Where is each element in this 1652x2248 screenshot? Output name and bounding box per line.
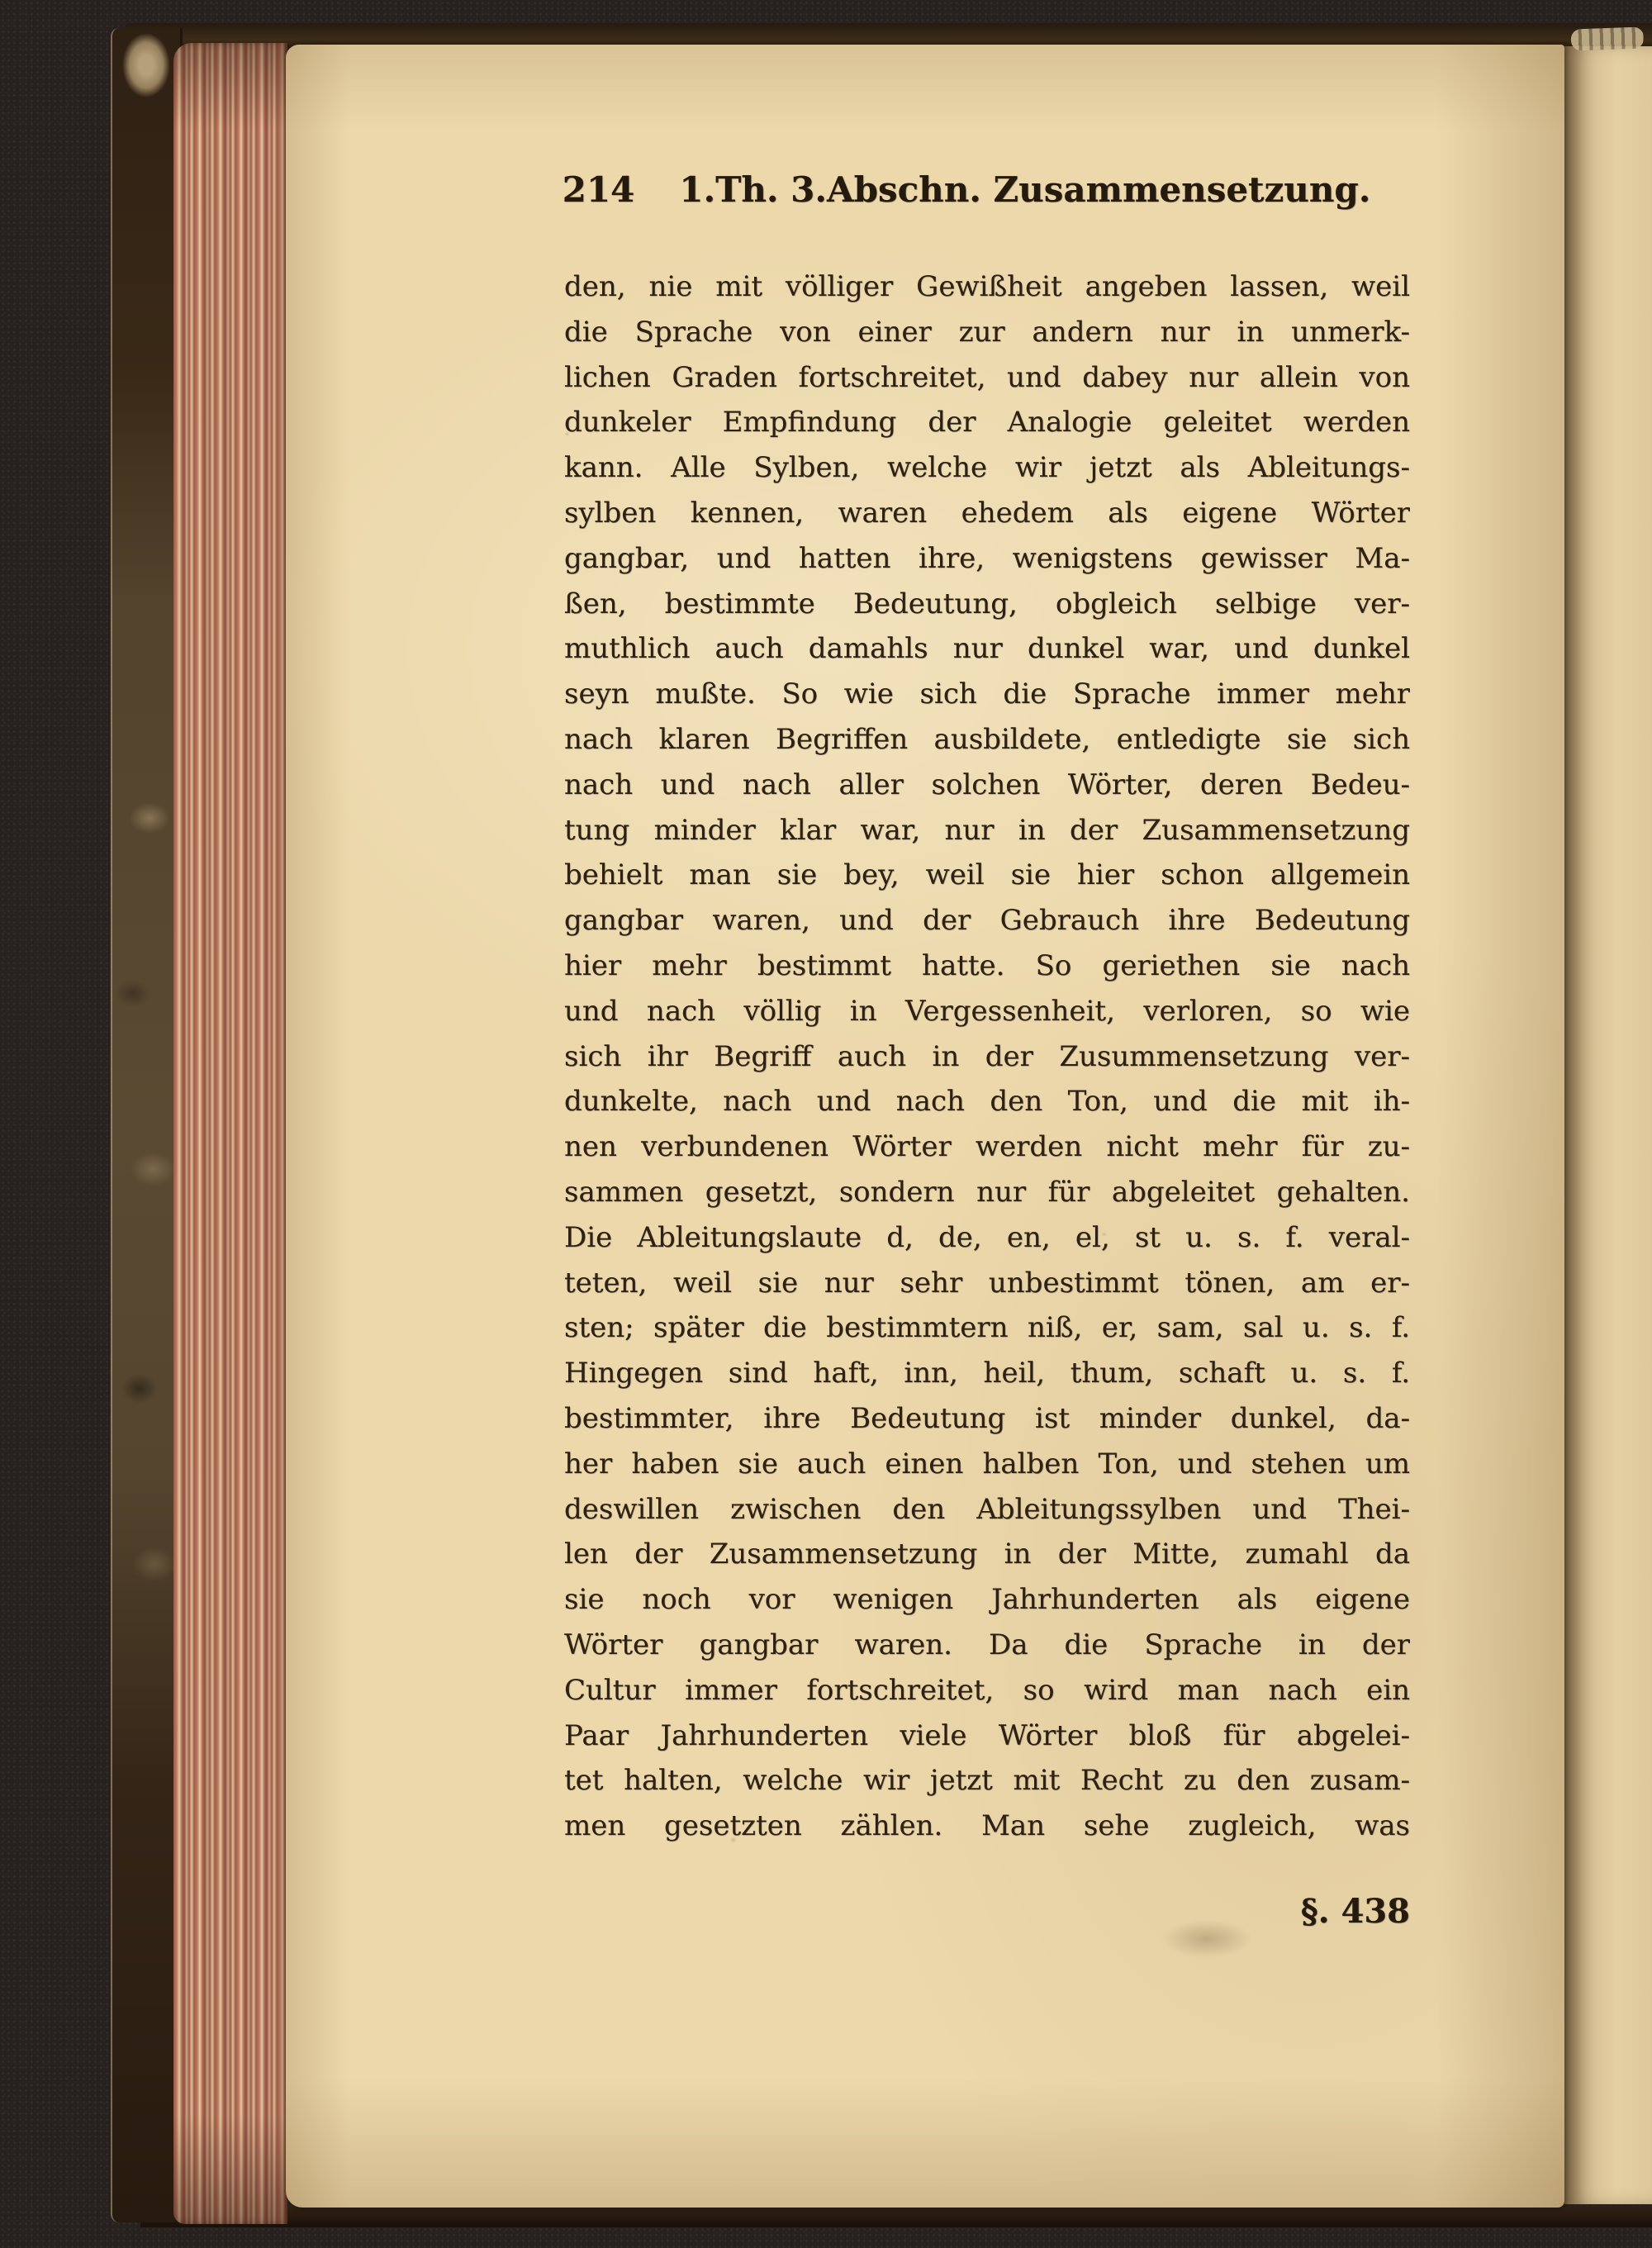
text-line: tet halten, welche wir jetzt mit Recht z…: [564, 1758, 1410, 1804]
text-line: deswillen zwischen den Ableitungssylben …: [564, 1487, 1410, 1533]
ink-smudge: [1161, 1920, 1252, 1958]
text-line: hier mehr bestimmt hatte. So geriethen s…: [564, 943, 1410, 989]
section-reference: §. 438: [564, 1892, 1410, 1931]
text-line: die Sprache von einer zur andern nur in …: [564, 310, 1410, 355]
marbled-cover-board: [111, 28, 183, 2222]
text-line: muthlich auch damahls nur dunkel war, un…: [564, 626, 1410, 672]
text-line: her haben sie auch einen halben Ton, und…: [564, 1442, 1410, 1487]
text-line: sylben kennen, waren ehedem als eigene W…: [564, 491, 1410, 536]
text-line: len der Zusammensetzung in der Mitte, zu…: [564, 1532, 1410, 1577]
text-line: bestimmter, ihre Bedeutung ist minder du…: [564, 1396, 1410, 1442]
text-line: den, nie mit völliger Gewißheit angeben …: [564, 264, 1410, 310]
headband-threads: [1571, 26, 1645, 50]
text-line: sten; später die bestimmtern niß, er, sa…: [564, 1305, 1410, 1351]
text-line: seyn mußte. So wie sich die Sprache imme…: [564, 672, 1410, 717]
text-line: nen verbundenen Wörter werden nicht mehr…: [564, 1124, 1410, 1170]
text-line: ßen, bestimmte Bedeutung, obgleich selbi…: [564, 582, 1410, 627]
text-line: sie noch vor wenigen Jahrhunderten als e…: [564, 1577, 1410, 1623]
text-line: gangbar waren, und der Gebrauch ihre Bed…: [564, 898, 1410, 943]
text-line: men gesetzten zählen. Man sehe zugleich,…: [564, 1804, 1410, 1849]
text-line: kann. Alle Sylben, welche wir jetzt als …: [564, 445, 1410, 491]
text-line: lichen Graden fortschreitet, und dabey n…: [564, 355, 1410, 401]
text-line: dunkeler Empfindung der Analogie geleite…: [564, 400, 1410, 445]
page-number: 214: [563, 169, 635, 210]
section-title: 1.Th. 3.Abschn. Zusammensetzung.: [679, 169, 1370, 210]
facing-page-edge: [1564, 46, 1652, 2204]
text-line: dunkelte, nach und nach den Ton, und die…: [564, 1079, 1410, 1124]
text-line: Hingegen sind haft, inn, heil, thum, sch…: [564, 1351, 1410, 1396]
text-line: teten, weil sie nur sehr unbestimmt töne…: [564, 1261, 1410, 1306]
text-line: sammen gesetzt, sondern nur für abgeleit…: [564, 1170, 1410, 1215]
text-line: und nach völlig in Vergessenheit, verlor…: [564, 989, 1410, 1034]
text-line: nach und nach aller solchen Wörter, dere…: [564, 763, 1410, 808]
text-line: nach klaren Begriffen ausbildete, entled…: [564, 717, 1410, 763]
text-line: Die Ableitungslaute d, de, en, el, st u.…: [564, 1215, 1410, 1261]
book-page: 214 1.Th. 3.Abschn. Zusammensetzung. den…: [286, 45, 1564, 2208]
scanned-book-photo: 214 1.Th. 3.Abschn. Zusammensetzung. den…: [0, 0, 1652, 2248]
text-line: sich ihr Begriff auch in der Zusummenset…: [564, 1034, 1410, 1080]
running-header: 214 1.Th. 3.Abschn. Zusammensetzung.: [544, 169, 1389, 210]
text-line: Wörter gangbar waren. Da die Sprache in …: [564, 1623, 1410, 1668]
text-line: Paar Jahrhunderten viele Wörter bloß für…: [564, 1713, 1410, 1759]
text-line: behielt man sie bey, weil sie hier schon…: [564, 853, 1410, 898]
cover-corner-wear: [122, 33, 170, 97]
text-line: gangbar, und hatten ihre, wenigstens gew…: [564, 536, 1410, 582]
text-line: tung minder klar war, nur in der Zusamme…: [564, 808, 1410, 853]
body-text: den, nie mit völliger Gewißheit angeben …: [564, 264, 1410, 1849]
text-line: Cultur immer fortschreitet, so wird man …: [564, 1668, 1410, 1713]
page-fore-edge-stack: [173, 43, 287, 2224]
